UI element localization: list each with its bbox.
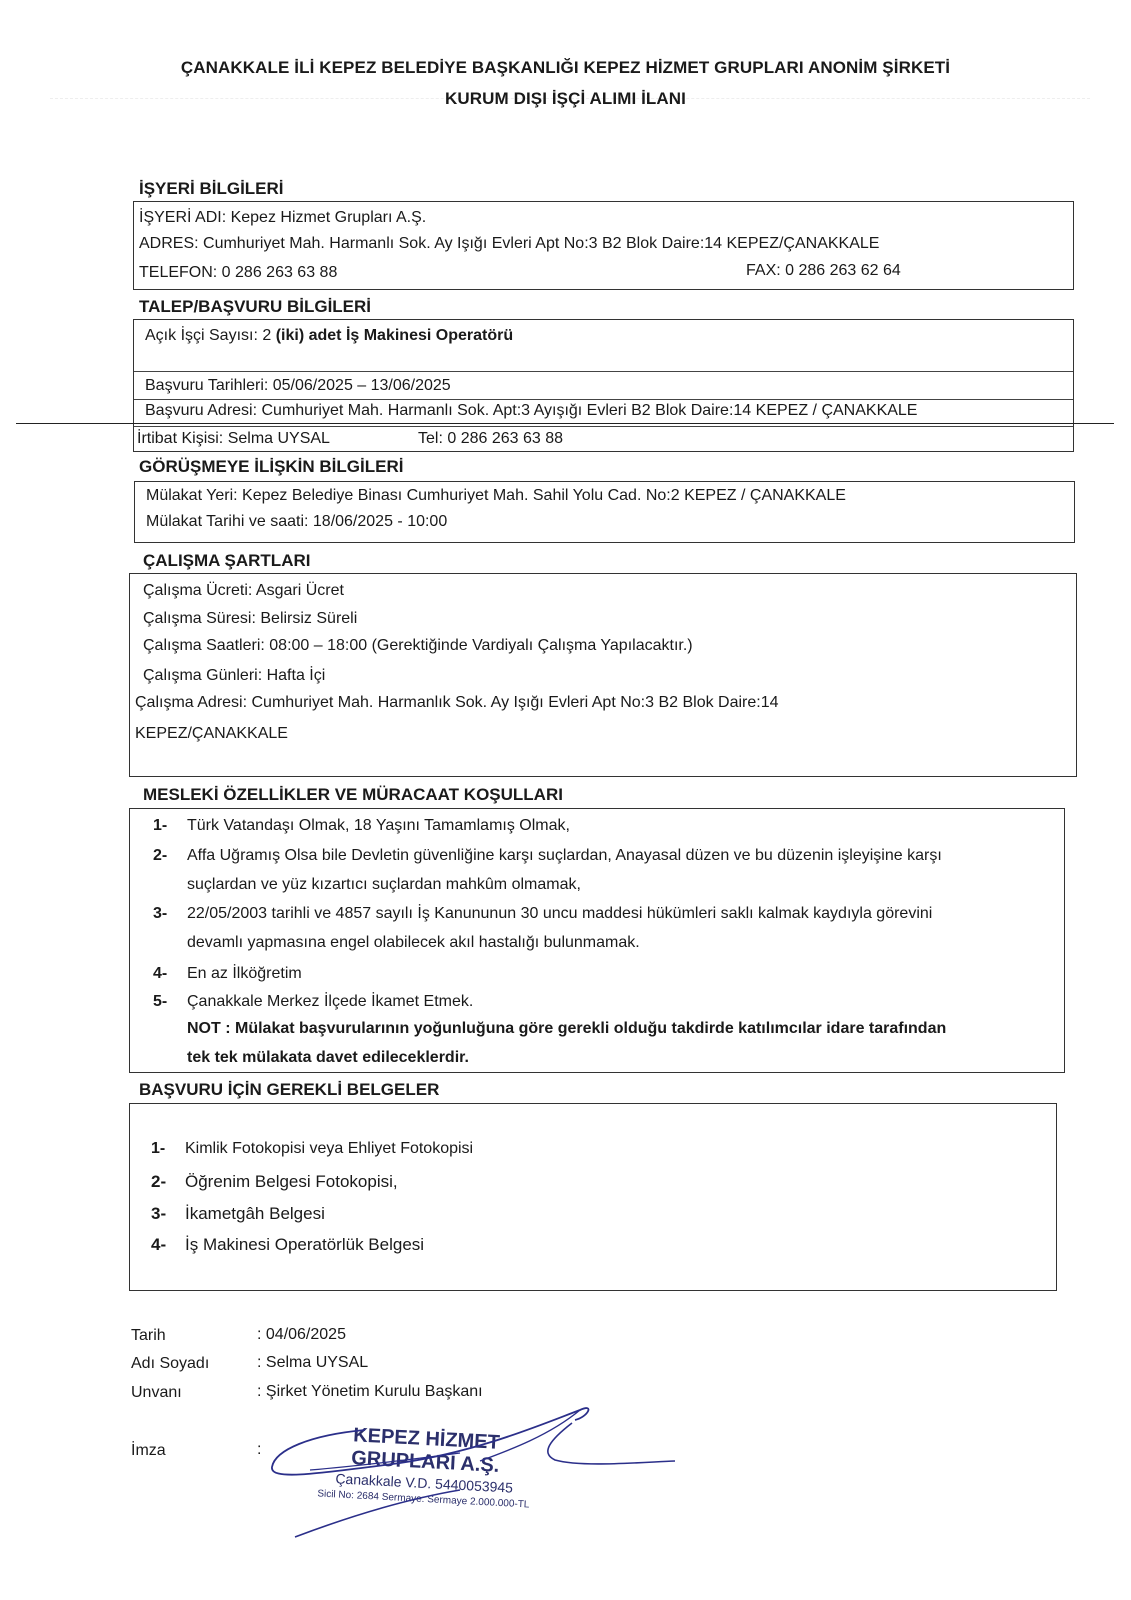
interview-place: Mülakat Yeri: Kepez Belediye Binası Cumh…: [146, 487, 846, 505]
handwritten-signature: [250, 1395, 710, 1545]
workplace-name: İŞYERİ ADI: Kepez Hizmet Grupları A.Ş.: [139, 209, 426, 227]
contact-tel: Tel: 0 286 263 63 88: [418, 430, 563, 448]
row-divider: [134, 371, 1073, 372]
requirement-item: 3-22/05/2003 tarihli ve 4857 sayılı İş K…: [153, 905, 932, 923]
requirements-note-continued: tek tek mülakata davet edileceklerdir.: [187, 1049, 469, 1067]
working-duration: Çalışma Süresi: Belirsiz Süreli: [143, 610, 357, 628]
open-positions-detail: (iki) adet İş Makinesi Operatörü: [276, 327, 513, 344]
document-item: 4-İş Makinesi Operatörlük Belgesi: [151, 1235, 424, 1255]
working-address: Çalışma Adresi: Cumhuriyet Mah. Harmanlı…: [135, 694, 779, 712]
document-item: 1-Kimlik Fotokopisi veya Ehliyet Fotokop…: [151, 1140, 473, 1158]
interview-datetime: Mülakat Tarihi ve saati: 18/06/2025 - 10…: [146, 513, 447, 531]
working-wage: Çalışma Ücreti: Asgari Ücret: [143, 582, 344, 600]
date-value: : 04/06/2025: [257, 1326, 346, 1344]
workplace-phone: TELEFON: 0 286 263 63 88: [139, 264, 337, 282]
workplace-box: İŞYERİ ADI: Kepez Hizmet Grupları A.Ş. A…: [133, 201, 1074, 290]
row-divider: [134, 426, 1073, 427]
scan-line: [16, 423, 1114, 424]
workplace-address: ADRES: Cumhuriyet Mah. Harmanlı Sok. Ay …: [139, 235, 879, 253]
requirement-item: 5-Çanakkale Merkez İlçede İkamet Etmek.: [153, 993, 473, 1011]
requirement-item: 1-Türk Vatandaşı Olmak, 18 Yaşını Tamaml…: [153, 817, 570, 835]
working-hours: Çalışma Saatleri: 08:00 – 18:00 (Gerekti…: [143, 637, 693, 655]
documents-box: 1-Kimlik Fotokopisi veya Ehliyet Fotokop…: [129, 1103, 1057, 1291]
title-label: Unvanı: [131, 1384, 182, 1402]
document-subtitle: KURUM DIŞI İŞÇİ ALIMI İLANI: [0, 89, 1131, 109]
request-box: Açık İşçi Sayısı: 2 (iki) adet İş Makine…: [133, 319, 1074, 452]
application-address: Başvuru Adresi: Cumhuriyet Mah. Harmanlı…: [145, 402, 917, 420]
requirements-note: NOT : Mülakat başvurularının yoğunluğuna…: [187, 1020, 946, 1038]
requirements-box: 1-Türk Vatandaşı Olmak, 18 Yaşını Tamaml…: [129, 808, 1065, 1073]
open-positions-label: Açık İşçi Sayısı: 2: [145, 327, 276, 344]
document-title: ÇANAKKALE İLİ KEPEZ BELEDİYE BAŞKANLIĞI …: [0, 58, 1131, 78]
conditions-box: Çalışma Ücreti: Asgari Ücret Çalışma Sür…: [129, 573, 1077, 777]
requirement-item: 2-Affa Uğramış Olsa bile Devletin güvenl…: [153, 847, 942, 865]
requirements-heading: MESLEKİ ÖZELLİKLER VE MÜRACAAT KOŞULLARI: [143, 785, 563, 805]
working-address-city: KEPEZ/ÇANAKKALE: [135, 725, 288, 743]
requirement-item: 4-En az İlköğretim: [153, 965, 302, 983]
documents-heading: BAŞVURU İÇİN GEREKLİ BELGELER: [139, 1080, 439, 1100]
requirement-item-continued: suçlardan ve yüz kızartıcı suçlardan mah…: [187, 876, 581, 894]
contact-person: İrtibat Kişisi: Selma UYSAL: [137, 430, 330, 448]
application-dates: Başvuru Tarihleri: 05/06/2025 – 13/06/20…: [145, 377, 451, 395]
name-value: : Selma UYSAL: [257, 1354, 368, 1372]
row-divider: [134, 399, 1073, 400]
document-item: 3-İkametgâh Belgesi: [151, 1204, 325, 1224]
conditions-heading: ÇALIŞMA ŞARTLARI: [143, 551, 310, 571]
requirement-item-continued: devamlı yapmasına engel olabilecek akıl …: [187, 934, 640, 952]
name-label: Adı Soyadı: [131, 1355, 209, 1373]
request-heading: TALEP/BAŞVURU BİLGİLERİ: [139, 297, 371, 317]
signature-label: İmza: [131, 1442, 166, 1460]
date-label: Tarih: [131, 1327, 166, 1345]
workplace-fax: FAX: 0 286 263 62 64: [746, 262, 901, 280]
workplace-heading: İŞYERİ BİLGİLERİ: [139, 179, 284, 199]
interview-heading: GÖRÜŞMEYE İLİŞKİN BİLGİLERİ: [139, 457, 403, 477]
document-item: 2-Öğrenim Belgesi Fotokopisi,: [151, 1172, 398, 1192]
interview-box: Mülakat Yeri: Kepez Belediye Binası Cumh…: [134, 481, 1075, 543]
open-positions: Açık İşçi Sayısı: 2 (iki) adet İş Makine…: [145, 327, 513, 345]
working-days: Çalışma Günleri: Hafta İçi: [143, 667, 325, 685]
